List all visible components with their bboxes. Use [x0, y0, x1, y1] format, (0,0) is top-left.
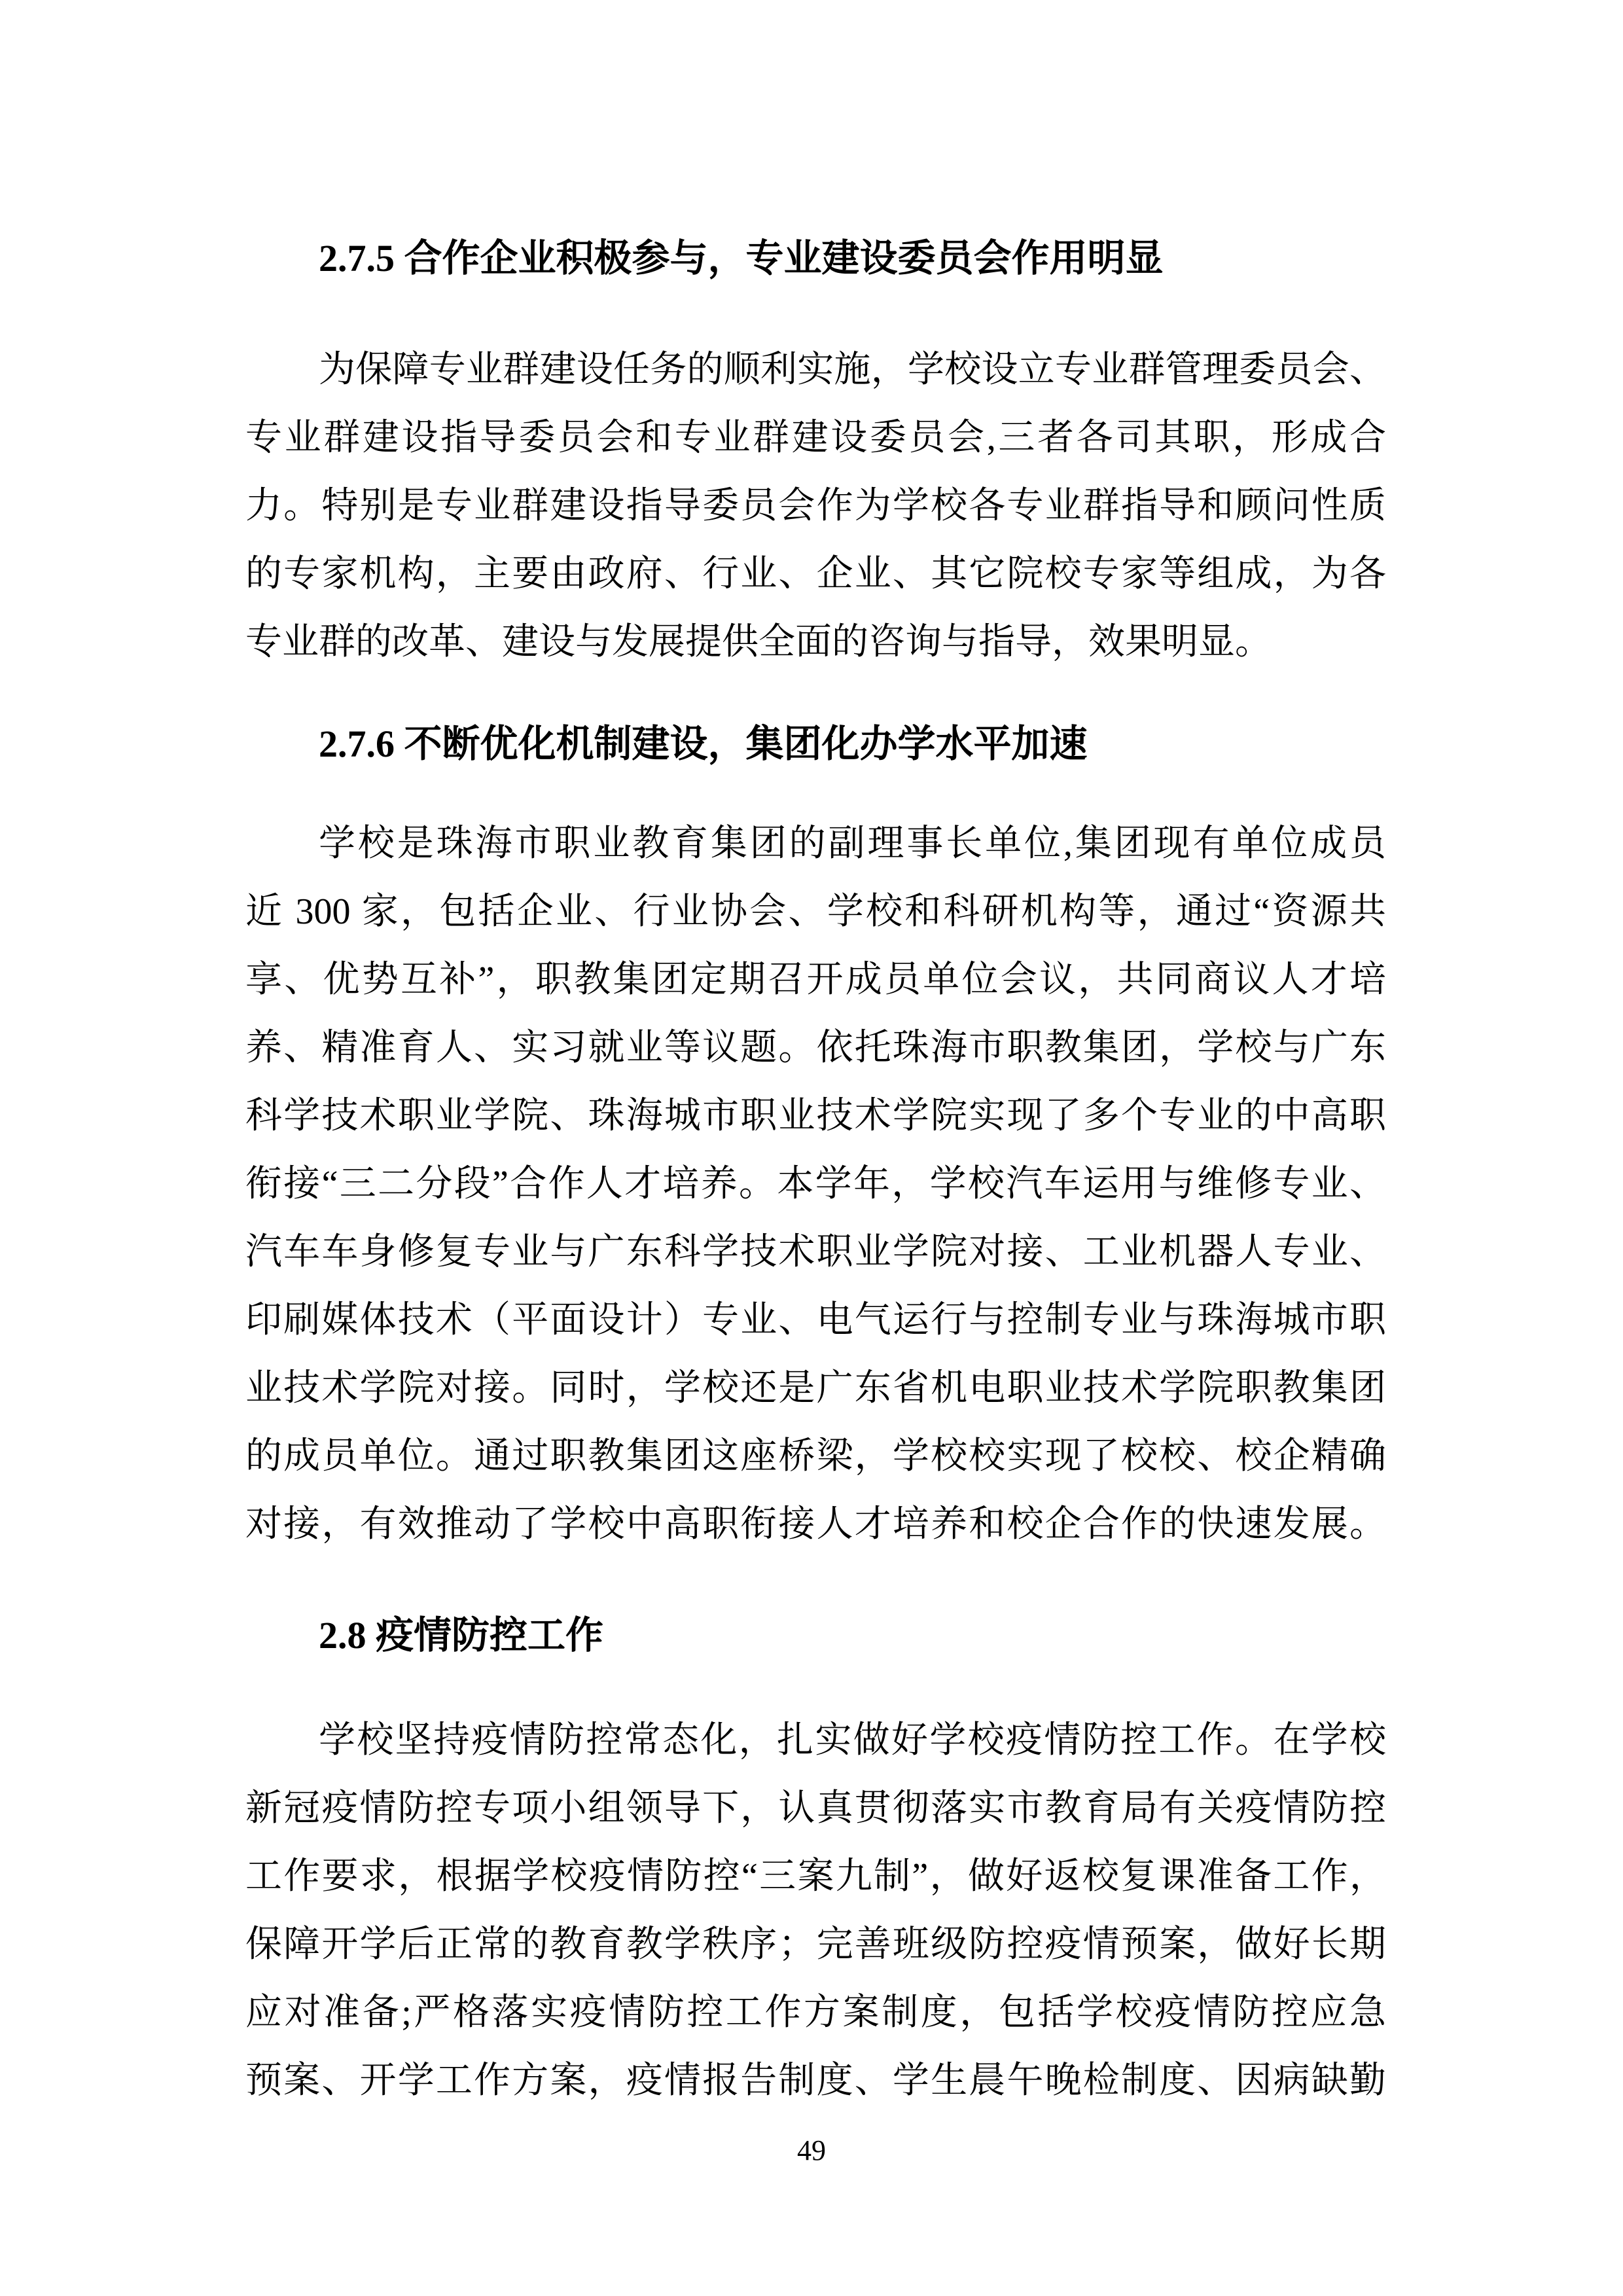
paragraph-line: 科学技术职业学院、珠海城市职业技术学院实现了多个专业的中高职 [245, 1082, 1386, 1150]
paragraph-line: 对接，有效推动了学校中高职衔接人才培养和校企合作的快速发展。 [245, 1490, 1386, 1558]
section-heading-2-7-6: 2.7.6 不断优化机制建设，集团化办学水平加速 [245, 710, 1386, 778]
paragraph-line: 享、优势互补”，职教集团定期召开成员单位会议，共同商议人才培 [245, 946, 1386, 1014]
paragraph-line: 衔接“三二分段”合作人才培养。本学年，学校汽车运用与维修专业、 [245, 1150, 1386, 1218]
paragraph-line: 业技术学院对接。同时，学校还是广东省机电职业技术学院职教集团 [245, 1354, 1386, 1422]
paragraph-line: 专业群的改革、建设与发展提供全面的咨询与指导，效果明显。 [245, 608, 1386, 676]
paragraph-line: 学校坚持疫情防控常态化，扎实做好学校疫情防控工作。在学校 [245, 1706, 1386, 1774]
paragraph-line: 工作要求，根据学校疫情防控“三案九制”，做好返校复课准备工作， [245, 1842, 1386, 1910]
paragraph-line: 预案、开学工作方案，疫情报告制度、学生晨午晚检制度、因病缺勤 [245, 2047, 1386, 2115]
paragraph-line: 学校是珠海市职业教育集团的副理事长单位,集团现有单位成员 [245, 810, 1386, 878]
paragraph-2-8: 学校坚持疫情防控常态化，扎实做好学校疫情防控工作。在学校 新冠疫情防控专项小组领… [245, 1706, 1386, 2115]
paragraph-line: 的成员单位。通过职教集团这座桥梁，学校校实现了校校、校企精确 [245, 1422, 1386, 1490]
paragraph-line: 为保障专业群建设任务的顺利实施，学校设立专业群管理委员会、 [245, 336, 1386, 404]
paragraph-2-7-5: 为保障专业群建设任务的顺利实施，学校设立专业群管理委员会、 专业群建设指导委员会… [245, 336, 1386, 676]
section-heading-2-7-5: 2.7.5 合作企业积极参与，专业建设委员会作用明显 [245, 224, 1386, 293]
paragraph-line: 专业群建设指导委员会和专业群建设委员会,三者各司其职，形成合 [245, 404, 1386, 472]
page-number: 49 [0, 2135, 1623, 2166]
paragraph-line: 的专家机构，主要由政府、行业、企业、其它院校专家等组成，为各 [245, 540, 1386, 608]
paragraph-2-7-6: 学校是珠海市职业教育集团的副理事长单位,集团现有单位成员 近 300 家，包括企… [245, 810, 1386, 1558]
paragraph-line: 养、精准育人、实习就业等议题。依托珠海市职教集团，学校与广东 [245, 1014, 1386, 1082]
paragraph-line: 印刷媒体技术（平面设计）专业、电气运行与控制专业与珠海城市职 [245, 1286, 1386, 1354]
paragraph-line: 汽车车身修复专业与广东科学技术职业学院对接、工业机器人专业、 [245, 1218, 1386, 1286]
paragraph-line: 近 300 家，包括企业、行业协会、学校和科研机构等，通过“资源共 [245, 878, 1386, 946]
paragraph-line: 应对准备;严格落实疫情防控工作方案制度，包括学校疫情防控应急 [245, 1979, 1386, 2047]
document-page: 2.7.5 合作企业积极参与，专业建设委员会作用明显 为保障专业群建设任务的顺利… [0, 0, 1623, 2296]
paragraph-line: 保障开学后正常的教育教学秩序；完善班级防控疫情预案，做好长期 [245, 1910, 1386, 1979]
paragraph-line: 力。特别是专业群建设指导委员会作为学校各专业群指导和顾问性质 [245, 472, 1386, 540]
paragraph-line: 新冠疫情防控专项小组领导下，认真贯彻落实市教育局有关疫情防控 [245, 1774, 1386, 1842]
section-heading-2-8: 2.8 疫情防控工作 [245, 1602, 1386, 1670]
